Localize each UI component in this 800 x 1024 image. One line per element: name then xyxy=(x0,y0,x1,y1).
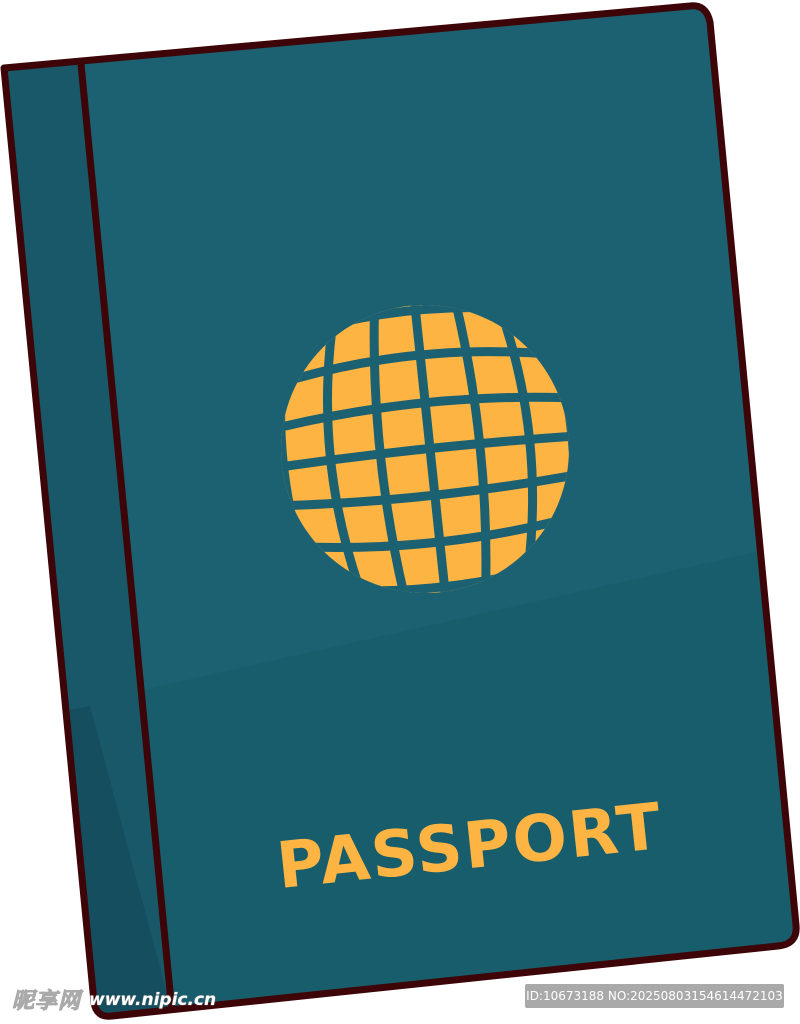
passport-illustration: PASSPORT xyxy=(0,0,800,1024)
watermark-url: www.nipic.cn xyxy=(89,990,216,1010)
watermark-id-badge: ID:10673188 NO:20250803154614472103 xyxy=(525,984,784,1008)
watermark-site: 昵享网 www.nipic.cn xyxy=(12,984,216,1015)
watermark-logo: 昵享网 xyxy=(12,984,81,1015)
